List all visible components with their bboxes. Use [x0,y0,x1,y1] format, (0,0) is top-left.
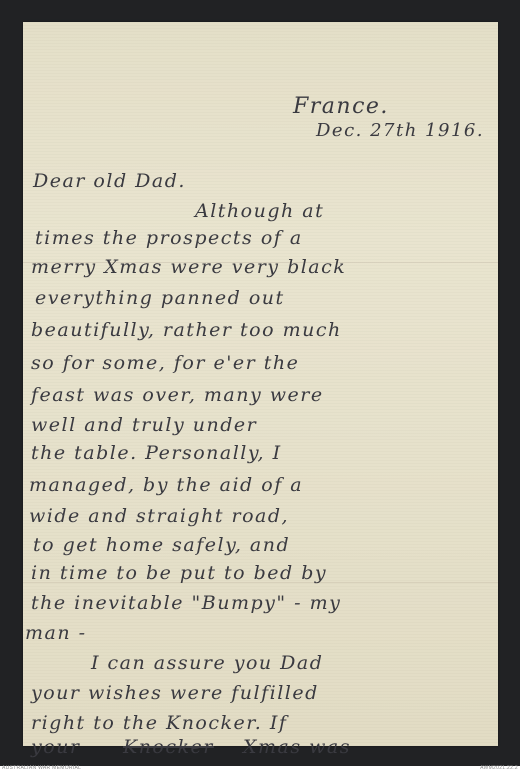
letter-line: the table. Personally, I [31,442,282,464]
letter-line: Xmas was [243,736,351,758]
letter-line: your [31,736,81,758]
letter-salutation: Dear old Dad. [33,170,186,192]
letter-line: beautifully, rather too much [31,319,342,341]
struck-out-word: Knocker [123,736,214,758]
archive-id: AWM2021.22.2 [480,765,518,771]
letter-line: right to the Knocker. If [31,712,287,734]
letter-line: wide and straight road, [29,505,289,527]
letter-line: well and truly under [31,414,257,436]
letter-line: man - [25,622,87,644]
letter-line: feast was over, many were [31,384,324,406]
archive-credit: Australian War Memorial [2,765,81,771]
letter-line: times the prospects of a [35,227,303,249]
scan-background: France. Dec. 27th 1916. Dear old Dad. Al… [0,0,520,766]
letter-line: in time to be put to bed by [31,562,327,584]
archive-footer: Australian War Memorial AWM2021.22.2 [0,766,520,773]
letter-line: managed, by the aid of a [29,474,303,496]
letter-place: France. [293,94,389,119]
letter-line: to get home safely, and [33,534,290,556]
letter-line: merry Xmas were very black [31,256,346,278]
letter-line: so for some, for e'er the [31,352,299,374]
letter-line: everything panned out [35,287,285,309]
letter-line: the inevitable "Bumpy" - my [31,592,341,614]
letter-date: Dec. 27th 1916. [316,120,484,141]
letter-line: your wishes were fulfilled [31,682,319,704]
letter-line: Although at [195,200,324,222]
letter-line: I can assure you Dad [91,652,323,674]
letter-page: France. Dec. 27th 1916. Dear old Dad. Al… [23,22,498,746]
